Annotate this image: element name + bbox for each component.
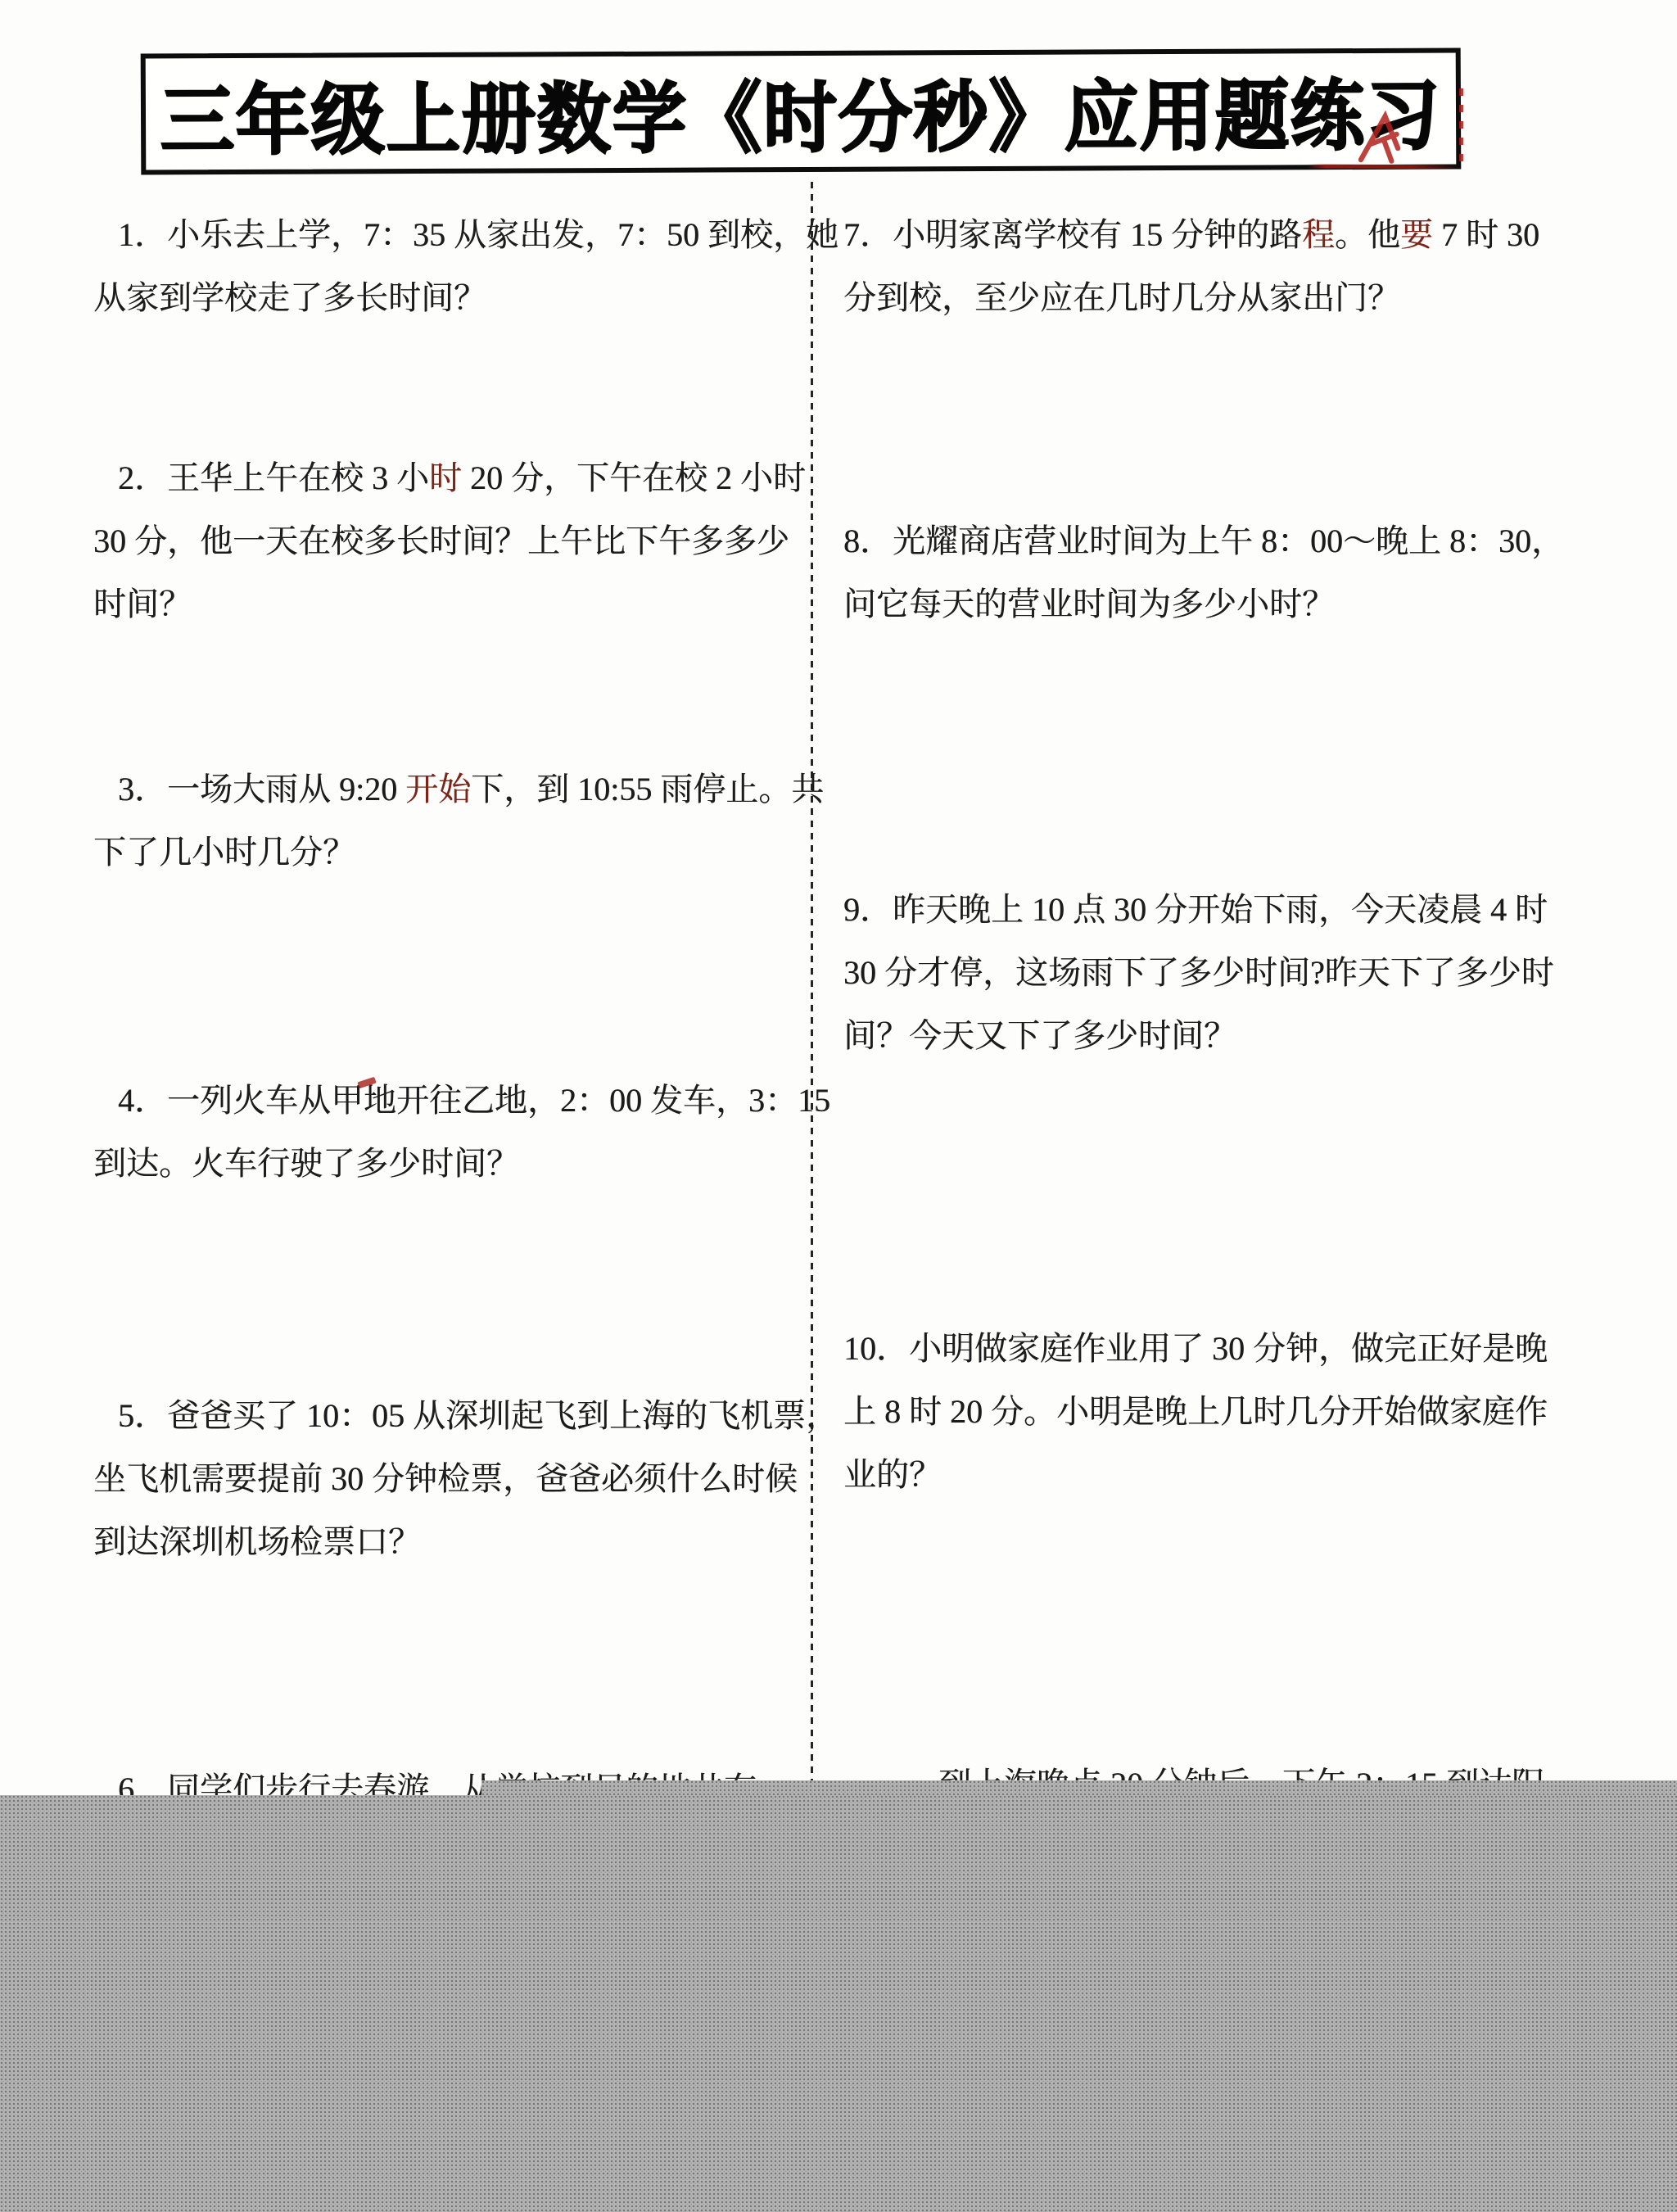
text-line: 8．光耀商店营业时间为上午 8：00～晚上 8：30， <box>843 509 1564 572</box>
text-line: 1．小乐去上学，7：35 从家出发，7：50 到校，她 <box>93 203 838 266</box>
problem-7: 7．小明家离学校有 15 分钟的路程。他要 7 时 30分到校，至少应在几时几分… <box>843 203 1539 329</box>
problem-10: 10．小明做家庭作业用了 30 分钟，做完正好是晚上 8 时 20 分。小明是晚… <box>843 1317 1548 1506</box>
gray-censor-band-step <box>481 1780 1677 1797</box>
text-segment: 20 分，下午在校 2 小时 <box>462 459 806 496</box>
text-line: 时间？ <box>93 572 806 636</box>
text-line: 坐飞机需要提前 30 分钟检票，爸爸必须什么时候 <box>93 1447 838 1510</box>
text-segment: 下，到 10:55 雨停止。共 <box>471 771 824 807</box>
red-ink-text: 程 <box>1302 216 1335 253</box>
text-line: 30 分，他一天在校多长时间？上午比下午多多少 <box>93 509 806 572</box>
gray-censor-band <box>0 1795 1677 2212</box>
red-ink-text: 开始 <box>405 771 471 807</box>
problem-9: 9．昨天晚上 10 点 30 分开始下雨，今天凌晨 4 时30 分才停，这场雨下… <box>843 878 1554 1067</box>
text-line: 从家到学校走了多长时间？ <box>93 266 838 329</box>
text-line: 2．王华上午在校 3 小时 20 分，下午在校 2 小时 <box>93 446 806 509</box>
text-line: 9．昨天晚上 10 点 30 分开始下雨，今天凌晨 4 时 <box>843 878 1554 941</box>
text-line: 3．一场大雨从 9:20 开始下，到 10:55 雨停止。共 <box>93 758 824 821</box>
problem-2: 2．王华上午在校 3 小时 20 分，下午在校 2 小时30 分，他一天在校多长… <box>93 446 806 636</box>
text-line: 5．爸爸买了 10：05 从深圳起飞到上海的飞机票， <box>93 1384 838 1447</box>
red-ink-text: 时 <box>429 459 462 496</box>
problem-3: 3．一场大雨从 9:20 开始下，到 10:55 雨停止。共下了几小时几分？ <box>93 758 824 884</box>
problem-5: 5．爸爸买了 10：05 从深圳起飞到上海的飞机票，坐飞机需要提前 30 分钟检… <box>93 1384 838 1573</box>
text-line: 10．小明做家庭作业用了 30 分钟，做完正好是晚 <box>843 1317 1548 1380</box>
text-segment: 2．王华上午在校 3 小 <box>118 459 429 496</box>
text-line: 间？今天又下了多少时间？ <box>843 1004 1554 1067</box>
text-line: 4．一列火车从甲地开往乙地，2：00 发车，3：15 <box>93 1069 830 1132</box>
text-line: 分到校，至少应在几时几分从家出门？ <box>843 266 1539 329</box>
text-line: 业的？ <box>843 1443 1548 1506</box>
red-ink-text: 要 <box>1400 216 1433 253</box>
text-line: 问它每天的营业时间为多少小时？ <box>843 572 1564 636</box>
problem-8: 8．光耀商店营业时间为上午 8：00～晚上 8：30，问它每天的营业时间为多少小… <box>843 509 1564 636</box>
text-line: 30 分才停，这场雨下了多少时间?昨天下了多少时 <box>843 941 1554 1004</box>
text-line: 到达深圳机场检票口？ <box>93 1510 838 1573</box>
title-box: 三年级上册数学《时分秒》应用题练习 <box>141 47 1462 174</box>
text-line: 到达。火车行驶了多少时间？ <box>93 1132 830 1195</box>
text-line: 7．小明家离学校有 15 分钟的路程。他要 7 时 30 <box>843 203 1539 266</box>
text-segment: 3．一场大雨从 9:20 <box>118 771 405 807</box>
text-line: 下了几小时几分？ <box>93 821 824 884</box>
text-segment: 7 时 30 <box>1433 216 1539 253</box>
problem-1: 1．小乐去上学，7：35 从家出发，7：50 到校，她从家到学校走了多长时间？ <box>93 203 838 329</box>
text-segment: 。他 <box>1335 216 1400 253</box>
worksheet-page: 三年级上册数学《时分秒》应用题练习 1．小乐去上学，7：35 从家出发，7：50… <box>0 0 1677 2212</box>
problem-4: 4．一列火车从甲地开往乙地，2：00 发车，3：15到达。火车行驶了多少时间？ <box>93 1069 830 1195</box>
text-line: 上 8 时 20 分。小明是晚上几时几分开始做家庭作 <box>843 1380 1548 1443</box>
text-segment: 7．小明家离学校有 15 分钟的路 <box>843 216 1302 253</box>
page-title: 三年级上册数学《时分秒》应用题练习 <box>160 53 1442 170</box>
